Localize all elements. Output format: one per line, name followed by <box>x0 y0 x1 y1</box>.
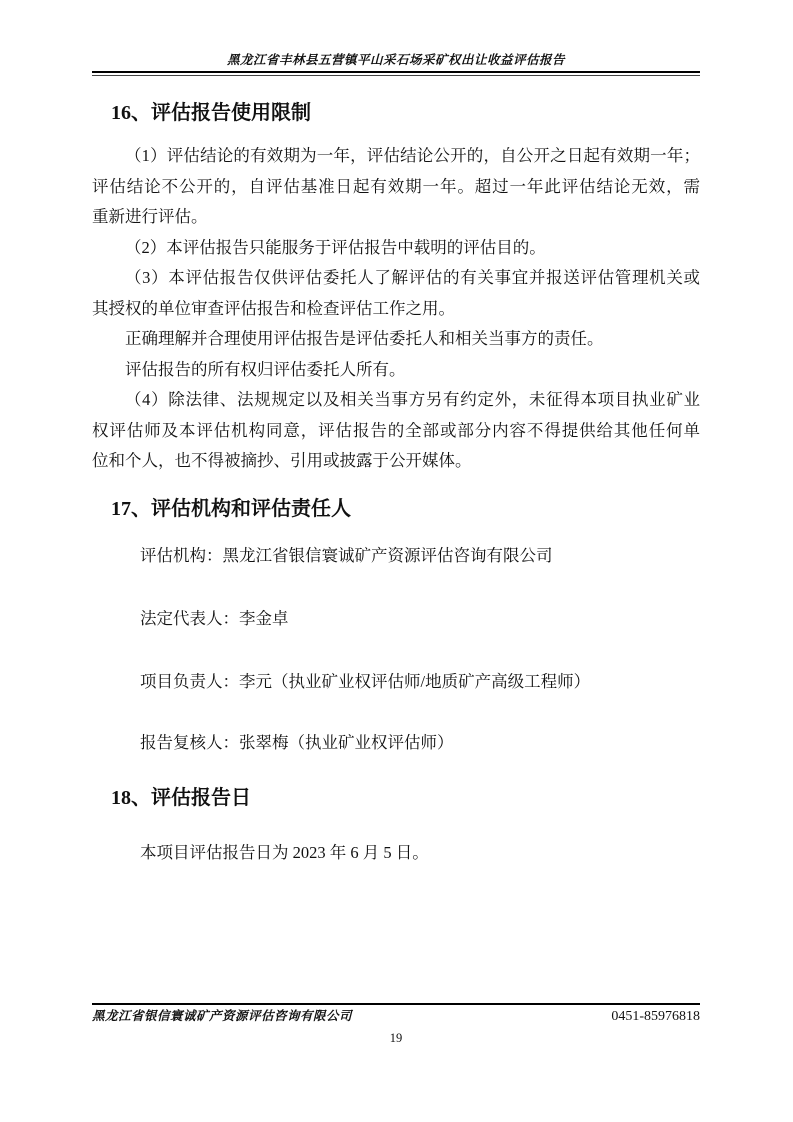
body-line: （2）本评估报告只能服务于评估报告中载明的评估目的。 <box>92 233 700 264</box>
footer-phone-number: 0451-85976818 <box>611 1008 700 1025</box>
section-16-body: （1）评估结论的有效期为一年，评估结论公开的，自公开之日起有效期一年； 评估结论… <box>92 141 700 477</box>
report-date-line: 本项目评估报告日为 2023 年 6 月 5 日。 <box>92 841 700 864</box>
section-16-heading: 16、评估报告使用限制 <box>92 101 700 125</box>
body-line: （1）评估结论的有效期为一年，评估结论公开的，自公开之日起有效期一年； <box>92 141 700 172</box>
appraisal-organization-line: 评估机构：黑龙江省银信寰诚矿产资源评估咨询有限公司 <box>92 544 700 567</box>
page-header-title: 黑龙江省丰林县五营镇平山采石场采矿权出让收益评估报告 <box>92 53 700 68</box>
body-line: 其授权的单位审查评估报告和检查评估工作之用。 <box>92 294 700 325</box>
body-line: （3）本评估报告仅供评估委托人了解评估的有关事宜并报送评估管理机关或 <box>92 263 700 294</box>
report-page: 黑龙江省丰林县五营镇平山采石场采矿权出让收益评估报告 16、评估报告使用限制 （… <box>0 0 793 1122</box>
report-reviewer-line: 报告复核人：张翠梅（执业矿业权评估师） <box>92 731 700 754</box>
body-line: （4）除法律、法规规定以及相关当事方另有约定外，未征得本项目执业矿业 <box>92 385 700 416</box>
footer-rule <box>92 1003 700 1005</box>
body-line: 权评估师及本评估机构同意，评估报告的全部或部分内容不得提供给其他任何单 <box>92 416 700 447</box>
footer-company-name: 黑龙江省银信寰诚矿产资源评估咨询有限公司 <box>92 1008 352 1024</box>
page-number: 19 <box>92 1031 700 1046</box>
body-line: 重新进行评估。 <box>92 202 700 233</box>
project-manager-line: 项目负责人：李元（执业矿业权评估师/地质矿产高级工程师） <box>92 670 700 693</box>
body-line: 评估结论不公开的，自评估基准日起有效期一年。超过一年此评估结论无效，需 <box>92 172 700 203</box>
header-rule <box>92 71 700 76</box>
body-line: 正确理解并合理使用评估报告是评估委托人和相关当事方的责任。 <box>92 324 700 355</box>
legal-representative-line: 法定代表人：李金卓 <box>92 607 700 630</box>
section-17-heading: 17、评估机构和评估责任人 <box>92 497 700 521</box>
footer: 黑龙江省银信寰诚矿产资源评估咨询有限公司 0451-85976818 <box>92 1008 700 1025</box>
body-line: 评估报告的所有权归评估委托人所有。 <box>92 355 700 386</box>
section-18-heading: 18、评估报告日 <box>92 786 700 810</box>
body-line: 位和个人，也不得被摘抄、引用或披露于公开媒体。 <box>92 446 700 477</box>
